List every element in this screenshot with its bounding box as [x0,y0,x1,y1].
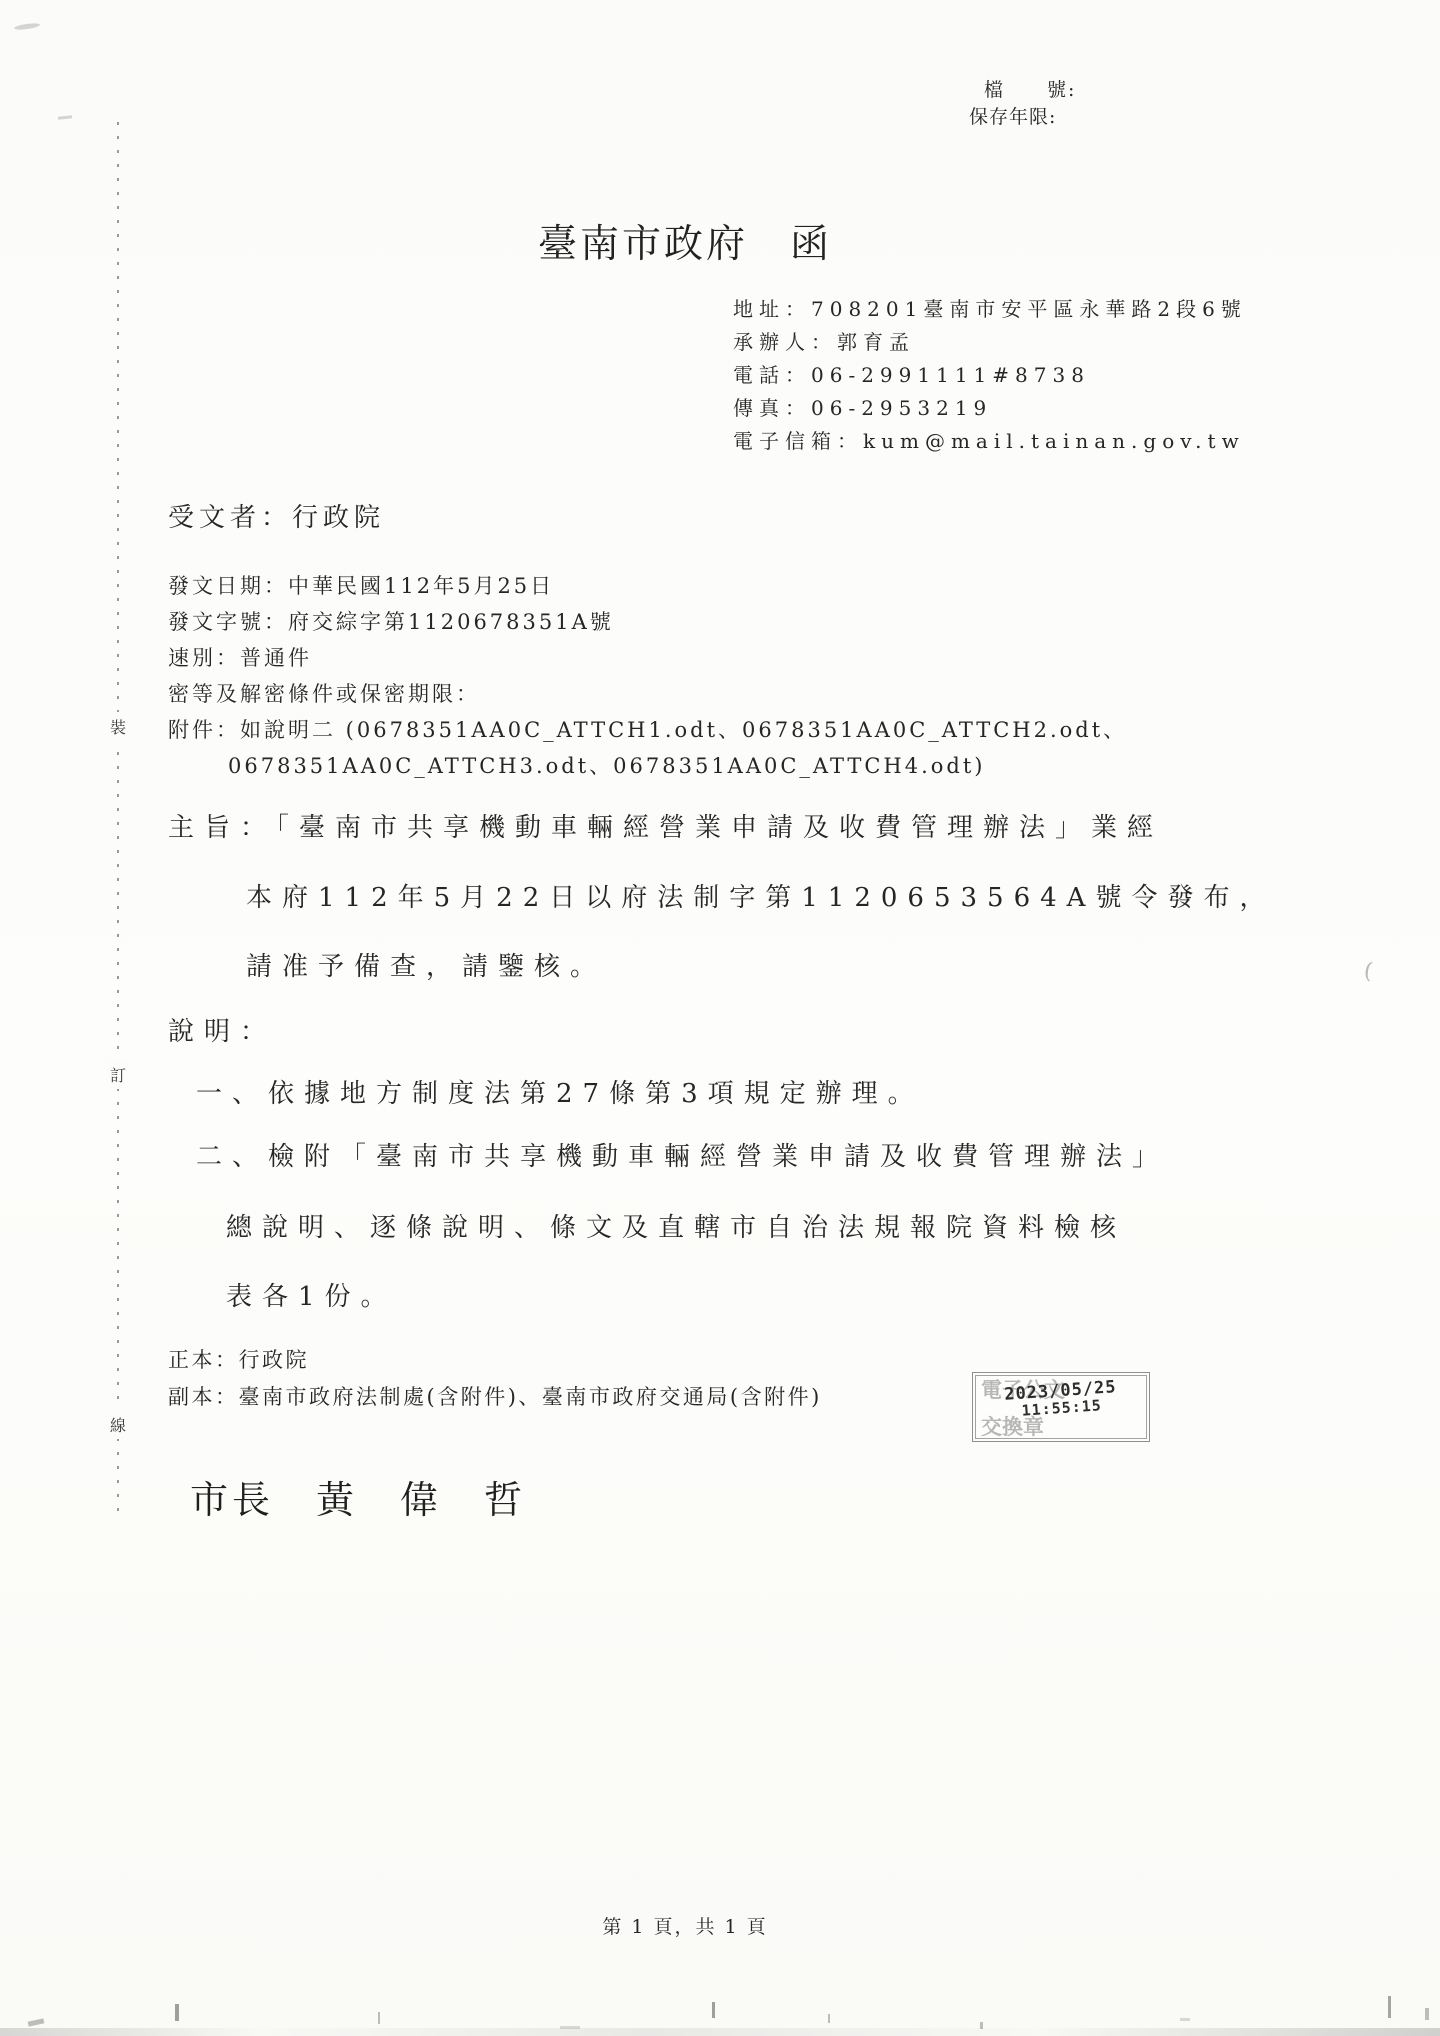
attachment-line-2: 0678351AA0C_ATTCH3.odt、0678351AA0C_ATTCH… [228,753,986,779]
scan-artifact-paren: ( [1362,958,1374,986]
scan-edge-mark [175,2004,179,2021]
binding-dotted-line [117,122,119,1514]
priority-line: 速別：普通件 [168,645,312,671]
explanation-item-2-cont: 總說明、逐條說明、條文及直轄市自治法規報院資料檢核 [226,1212,1126,1245]
scan-edge-mark [712,2002,715,2018]
scan-artifact [14,22,40,31]
retention-period-label: 保存年限: [969,106,1056,130]
scan-edge-mark [1180,2018,1190,2021]
scan-artifact [58,115,72,119]
explanation-item-2-end: 表各1份。 [226,1281,397,1314]
explanation-heading: 說明： [168,1016,276,1049]
sender-phone: 電話：06-2991111#8738 [733,363,1090,388]
scan-edge-mark [28,2018,45,2026]
recipient-line: 受文者：行政院 [168,502,385,535]
explanation-item-2: 二、檢附「臺南市共享機動車輛經營業申請及收費管理辦法」 [196,1141,1168,1174]
classification-line: 密等及解密條件或保密期限： [168,681,480,707]
file-number-label: 檔 號: [984,79,1076,103]
binding-mark-zhuang: 裝 [107,712,129,741]
scan-edge-mark [1425,2008,1429,2020]
sender-email: 電子信箱：kum@mail.tainan.gov.tw [733,429,1245,454]
cc-copy-line: 副本：臺南市政府法制處(含附件)、臺南市政府交通局(含附件) [168,1384,822,1410]
binding-mark-ding: 訂 [107,1060,129,1089]
scan-edge-mark [828,2014,830,2023]
explanation-item-1: 一、依據地方制度法第27條第3項規定辦理。 [196,1078,924,1111]
subject-line-1: 主旨：「臺南市共享機動車輛經營業申請及收費管理辦法」業經 [168,812,1163,845]
sender-address: 地址：708201臺南市安平區永華路2段6號 [733,297,1247,322]
document-title: 臺南市政府 函 [450,221,920,270]
sender-fax: 傳真：06-2953219 [733,396,992,421]
scan-edge-mark [1388,1996,1391,2018]
subject-line-2: 本府112年5月22日以府法制字第1120653564A號令發布， [246,882,1275,915]
attachment-line-1: 附件：如說明二 (0678351AA0C_ATTCH1.odt、0678351A… [168,717,1127,743]
electronic-exchange-stamp: 電子公文 交換章 2023/05/25 11:55:15 [972,1372,1150,1442]
scan-bottom-edge [0,2028,1440,2036]
sender-contact-person: 承辦人：郭育孟 [733,330,915,355]
issue-date-line: 發文日期：中華民國112年5月25日 [168,573,554,599]
mayor-signature: 市長 黃 偉 哲 [190,1477,526,1525]
scanned-official-letter: 裝 訂 線 檔 號: 保存年限: 臺南市政府 函 地址：708201臺南市安平區… [0,0,1440,2036]
original-copy-line: 正本：行政院 [168,1347,309,1373]
binding-mark-xian: 線 [107,1410,129,1439]
page-number-footer: 第 1 頁，共 1 頁 [450,1916,920,1940]
scan-edge-mark [378,2012,380,2024]
subject-line-3: 請准予備查，請鑒核。 [246,951,606,984]
reference-number-line: 發文字號：府交綜字第1120678351A號 [168,609,614,635]
